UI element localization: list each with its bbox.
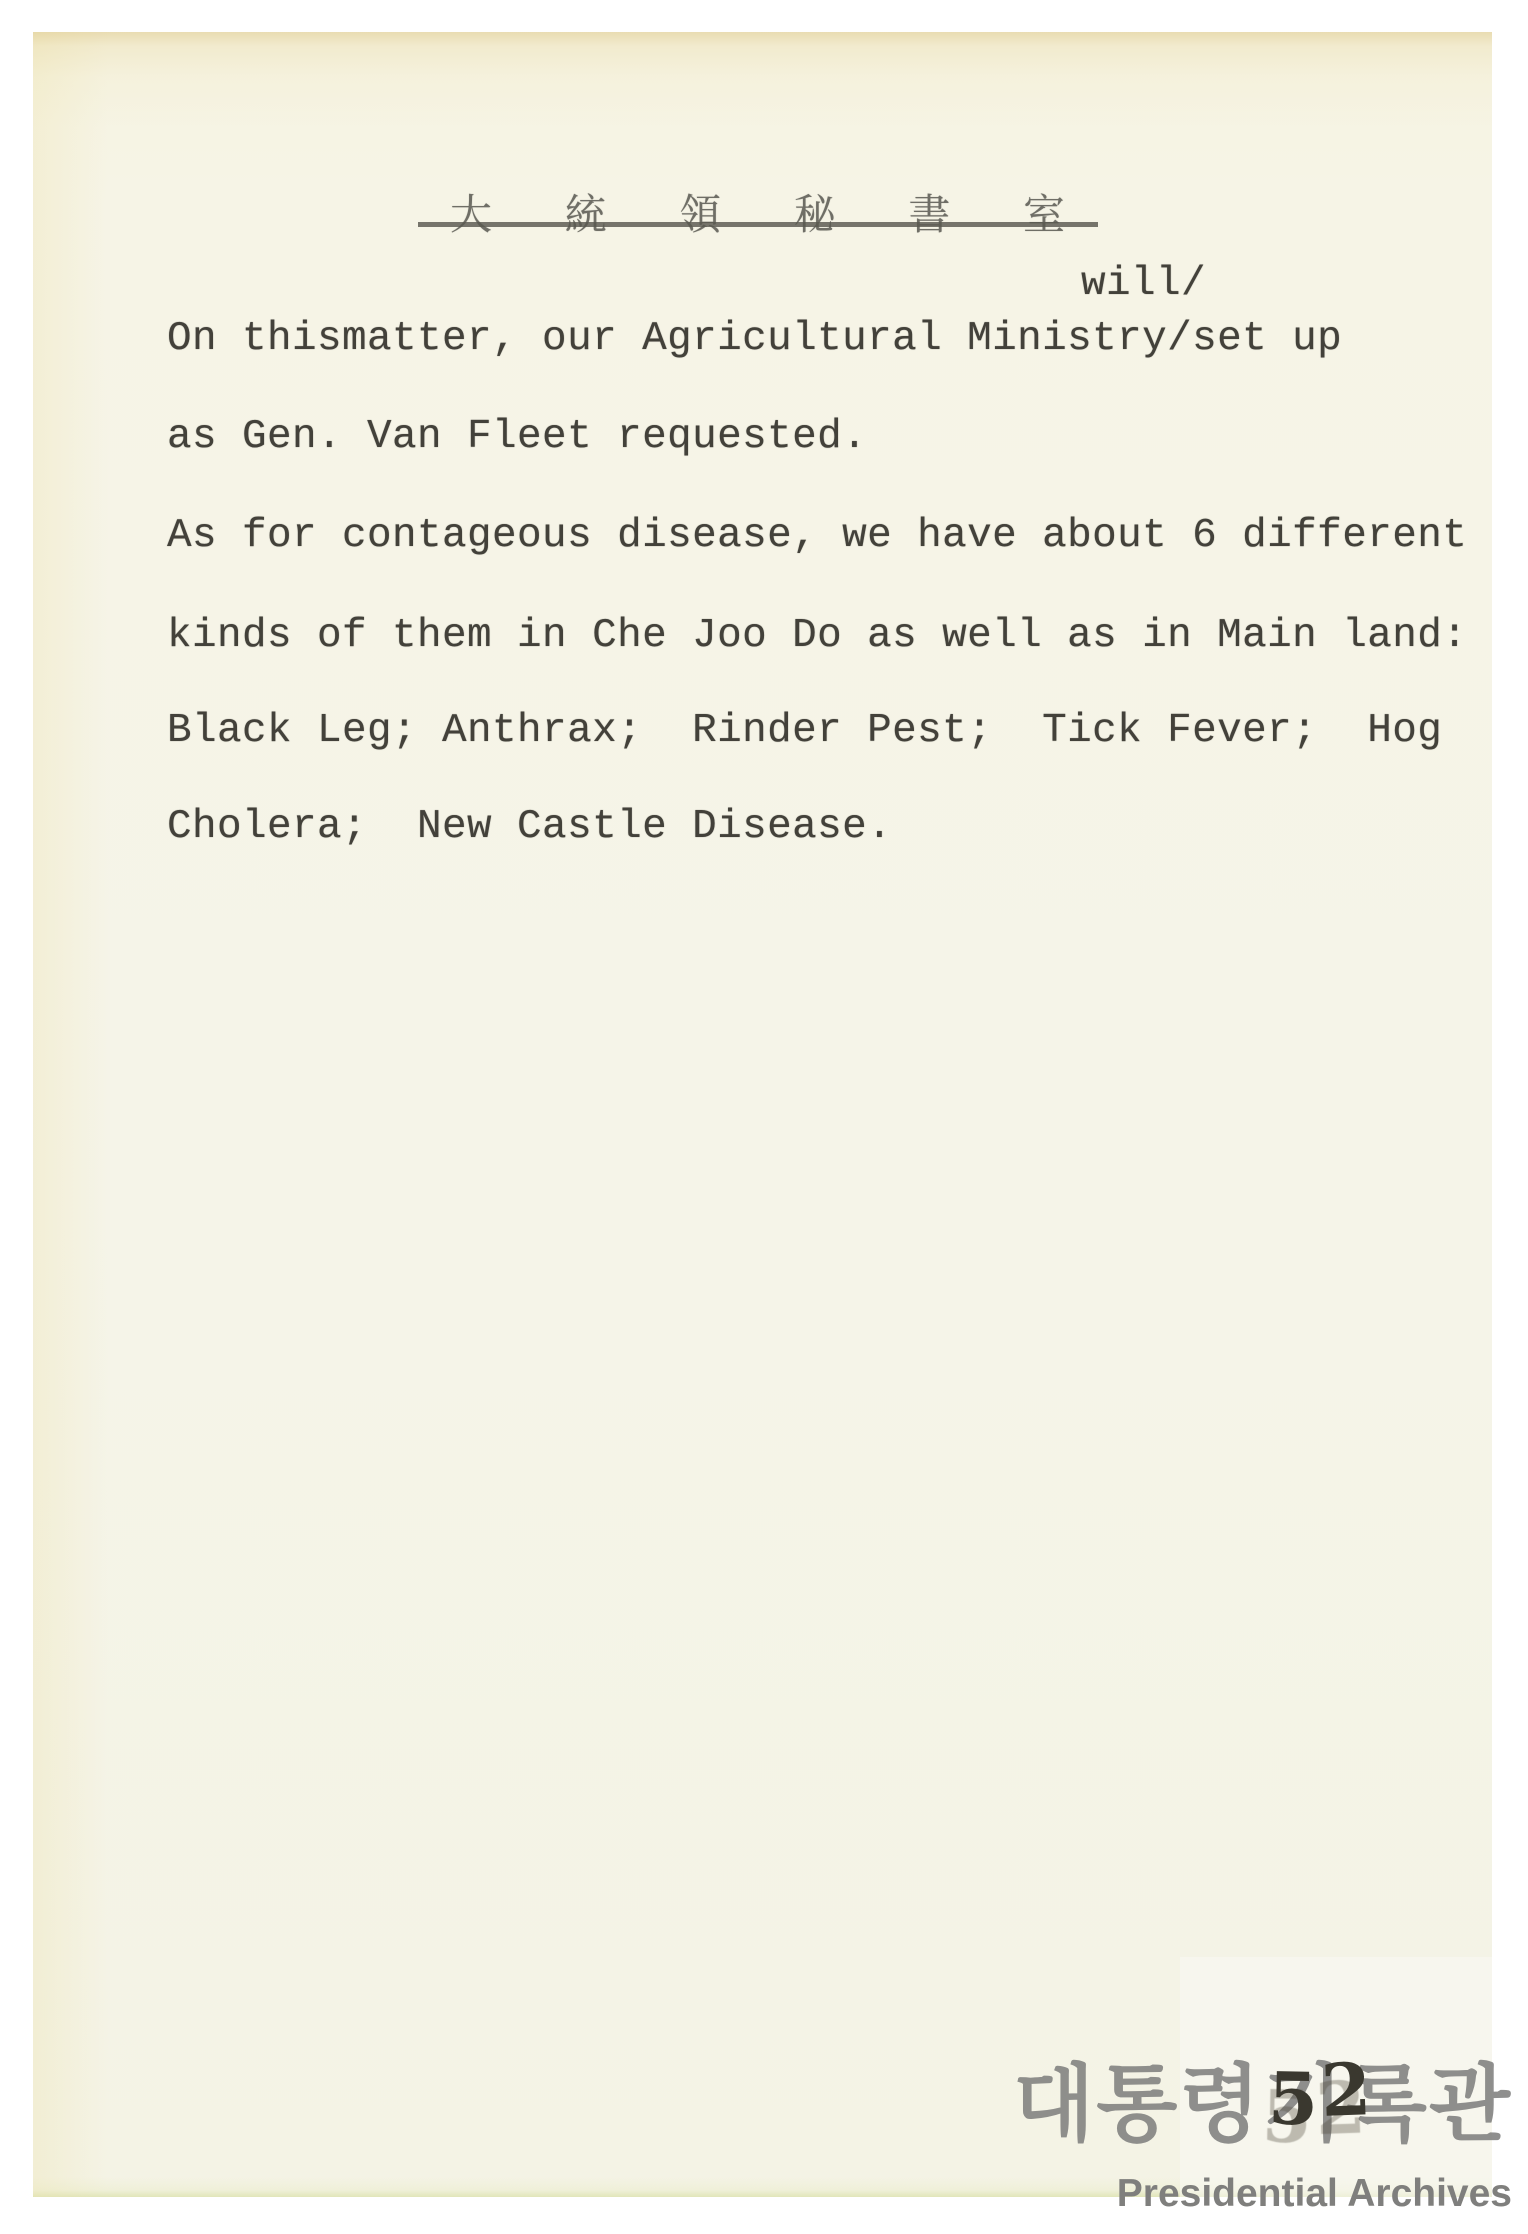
watermark-korean: 대통령기록관 bbox=[1013, 2062, 1512, 2146]
typed-line: On thismatter, our Agricultural Ministry… bbox=[167, 315, 1342, 363]
page-number-stamp: 52 bbox=[1268, 2056, 1374, 2128]
title-char: 書 bbox=[908, 182, 950, 242]
typed-line: Cholera; New Castle Disease. bbox=[167, 803, 892, 851]
typed-line: As for contageous disease, we have about… bbox=[167, 512, 1467, 560]
title-char: 統 bbox=[565, 182, 607, 242]
page-number-digit: 2 bbox=[1320, 2053, 1376, 2127]
title-char: 大 bbox=[450, 182, 492, 242]
title-char: 秘 bbox=[794, 182, 836, 242]
title-char: 領 bbox=[679, 182, 721, 242]
title-underline bbox=[418, 222, 1098, 227]
insertion-note: will/ bbox=[1081, 260, 1206, 308]
typed-line: kinds of them in Che Joo Do as well as i… bbox=[167, 612, 1467, 660]
document-title: 大 統 領 秘 書 室 bbox=[450, 182, 1065, 242]
watermark-english: Presidential Archives bbox=[1117, 2174, 1512, 2213]
typed-line: Black Leg; Anthrax; Rinder Pest; Tick Fe… bbox=[167, 707, 1442, 755]
page-number-digit: 5 bbox=[1267, 2063, 1321, 2136]
title-char: 室 bbox=[1023, 182, 1065, 242]
typed-line: as Gen. Van Fleet requested. bbox=[167, 413, 867, 461]
document-canvas: 大 統 領 秘 書 室 will/ On thismatter, our Agr… bbox=[0, 0, 1528, 2234]
